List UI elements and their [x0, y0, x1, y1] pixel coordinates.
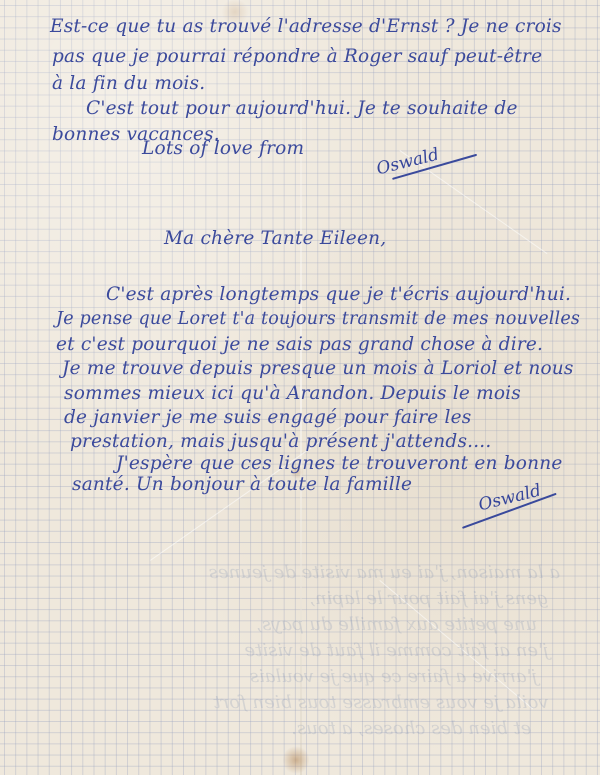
letter-page: a la maison, j'ai eu ma visite de jeunes… [0, 0, 600, 775]
letter-line: santé. Un bonjour à toute la famille [72, 474, 412, 495]
letter-line: C'est tout pour aujourd'hui. Je te souha… [86, 98, 518, 119]
letter-closing: Lots of love from [142, 138, 304, 159]
show-through-text: a la maison, j'ai eu ma visite de jeunes… [40, 560, 560, 710]
letter-line: Je pense que Loret t'a toujours transmit… [56, 309, 580, 329]
letter-line: J'espère que ces lignes te trouveront en… [116, 453, 563, 474]
letter-line: sommes mieux ici qu'à Arandon. Depuis le… [64, 383, 521, 404]
letter-line: pas que je pourrai répondre à Roger sauf… [52, 46, 542, 67]
letter-line: prestation, mais jusqu'à présent j'atten… [70, 431, 491, 452]
letter-line: C'est après longtemps que je t'écris auj… [106, 284, 571, 305]
letter-line: de janvier je me suis engagé pour faire … [64, 407, 471, 428]
salutation: Ma chère Tante Eileen, [164, 228, 386, 249]
letter-line: Est-ce que tu as trouvé l'adresse d'Erns… [50, 16, 562, 37]
letter-line: à la fin du mois. [52, 73, 205, 94]
stain [283, 745, 309, 775]
letter-line: Je me trouve depuis presque un mois à Lo… [62, 358, 574, 379]
letter-line: et c'est pourquoi je ne sais pas grand c… [56, 334, 543, 355]
